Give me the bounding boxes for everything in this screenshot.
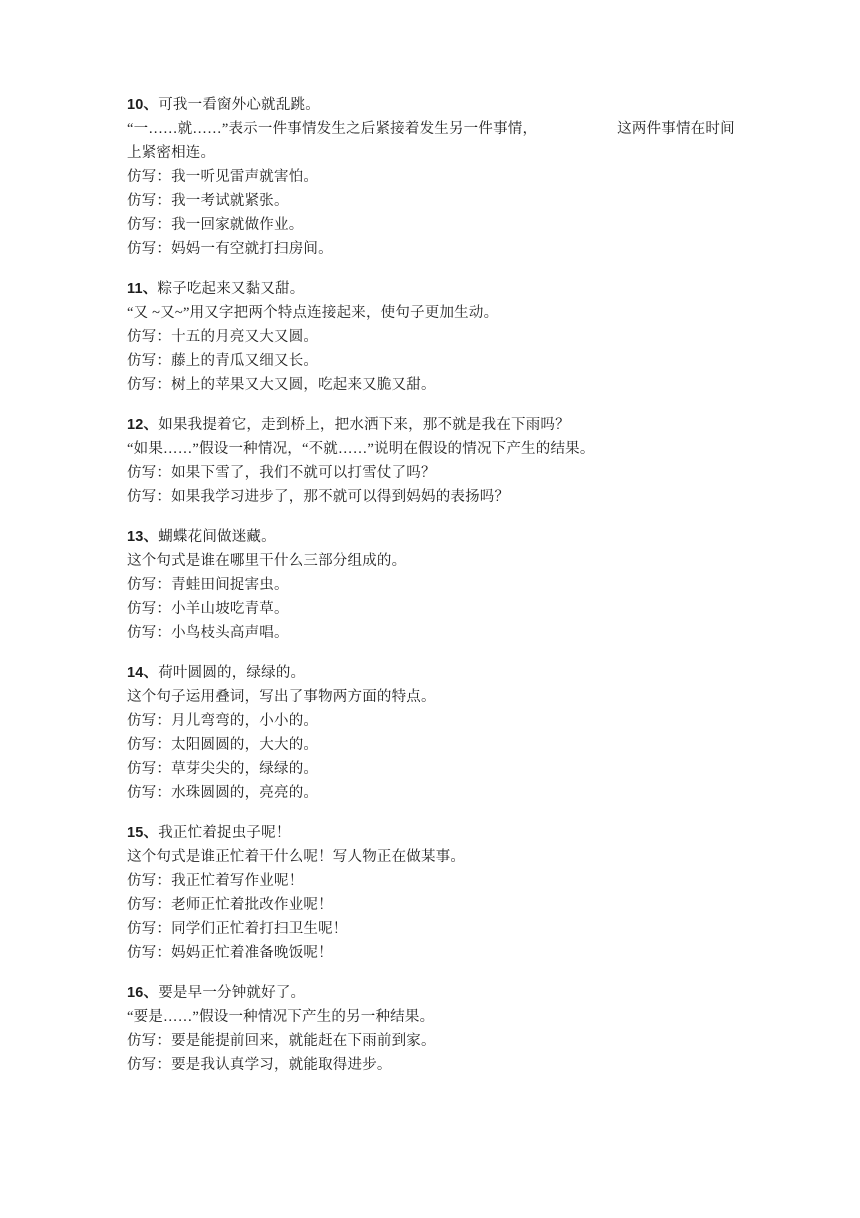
explanation-line: “一……就……”表示一件事情发生之后紧接着发生另一件事情，这两件事情在时间 — [127, 117, 752, 141]
imitation-line: 仿写：青蛙田间捉害虫。 — [127, 573, 752, 597]
worksheet-body: 10、可我一看窗外心就乱跳。 “一……就……”表示一件事情发生之后紧接着发生另一… — [127, 93, 752, 1093]
imitation-line: 仿写：太阳圆圆的，大大的。 — [127, 733, 752, 757]
imitation-line: 仿写：妈妈正忙着准备晚饭呢！ — [127, 941, 752, 965]
imitation-line: 仿写：草芽尖尖的，绿绿的。 — [127, 757, 752, 781]
example-sentence: 如果我提着它，走到桥上，把水洒下来，那不就是我在下雨吗？ — [158, 417, 570, 433]
section-number: 15、 — [127, 825, 158, 841]
imitation-line: 仿写：藤上的青瓜又细又长。 — [127, 349, 752, 373]
explanation-line: 这个句子运用叠词，写出了事物两方面的特点。 — [127, 685, 752, 709]
imitation-line: 仿写：妈妈一有空就打扫房间。 — [127, 237, 752, 261]
explanation-line: “又 ~又~”用又字把两个特点连接起来，使句子更加生动。 — [127, 301, 752, 325]
section-heading: 10、可我一看窗外心就乱跳。 — [127, 93, 752, 117]
section-heading: 16、要是早一分钟就好了。 — [127, 981, 752, 1005]
example-sentence: 我正忙着捉虫子呢！ — [158, 825, 290, 841]
section-12: 12、如果我提着它，走到桥上，把水洒下来，那不就是我在下雨吗？ “如果……”假设… — [127, 413, 752, 509]
imitation-line: 仿写：我一回家就做作业。 — [127, 213, 752, 237]
imitation-line: 仿写：要是能提前回来，就能赶在下雨前到家。 — [127, 1029, 752, 1053]
example-sentence: 要是早一分钟就好了。 — [158, 985, 305, 1001]
section-14: 14、荷叶圆圆的，绿绿的。 这个句子运用叠词，写出了事物两方面的特点。 仿写：月… — [127, 661, 752, 805]
imitation-line: 仿写：我一考试就紧张。 — [127, 189, 752, 213]
example-sentence: 荷叶圆圆的，绿绿的。 — [158, 665, 305, 681]
imitation-line: 仿写：如果我学习进步了，那不就可以得到妈妈的表扬吗？ — [127, 485, 752, 509]
section-11: 11、粽子吃起来又黏又甜。 “又 ~又~”用又字把两个特点连接起来，使句子更加生… — [127, 277, 752, 397]
explanation-line: 上紧密相连。 — [127, 141, 752, 165]
imitation-line: 仿写：我正忙着写作业呢！ — [127, 869, 752, 893]
section-13: 13、蝴蝶花间做迷藏。 这个句式是谁在哪里干什么三部分组成的。 仿写：青蛙田间捉… — [127, 525, 752, 645]
explanation-line: 这个句式是谁在哪里干什么三部分组成的。 — [127, 549, 752, 573]
example-sentence: 粽子吃起来又黏又甜。 — [157, 281, 304, 297]
imitation-line: 仿写：同学们正忙着打扫卫生呢！ — [127, 917, 752, 941]
imitation-line: 仿写：我一听见雷声就害怕。 — [127, 165, 752, 189]
explanation-line: 这个句式是谁正忙着干什么呢！写人物正在做某事。 — [127, 845, 752, 869]
section-heading: 13、蝴蝶花间做迷藏。 — [127, 525, 752, 549]
example-sentence: 可我一看窗外心就乱跳。 — [158, 97, 320, 113]
section-number: 16、 — [127, 985, 158, 1001]
section-heading: 12、如果我提着它，走到桥上，把水洒下来，那不就是我在下雨吗？ — [127, 413, 752, 437]
document-page: { "page": { "background_color": "#ffffff… — [0, 0, 860, 1218]
section-number: 13、 — [127, 529, 158, 545]
imitation-line: 仿写：水珠圆圆的，亮亮的。 — [127, 781, 752, 805]
imitation-line: 仿写：十五的月亮又大又圆。 — [127, 325, 752, 349]
imitation-line: 仿写：如果下雪了，我们不就可以打雪仗了吗？ — [127, 461, 752, 485]
section-10: 10、可我一看窗外心就乱跳。 “一……就……”表示一件事情发生之后紧接着发生另一… — [127, 93, 752, 261]
explanation-line: “要是……”假设一种情况下产生的另一种结果。 — [127, 1005, 752, 1029]
section-heading: 11、粽子吃起来又黏又甜。 — [127, 277, 752, 301]
imitation-line: 仿写：树上的苹果又大又圆，吃起来又脆又甜。 — [127, 373, 752, 397]
explanation-line: “如果……”假设一种情况，“不就……”说明在假设的情况下产生的结果。 — [127, 437, 752, 461]
section-number: 12、 — [127, 417, 158, 433]
section-number: 11、 — [127, 281, 157, 297]
imitation-line: 仿写：小羊山坡吃青草。 — [127, 597, 752, 621]
imitation-line: 仿写：小鸟枝头高声唱。 — [127, 621, 752, 645]
imitation-line: 仿写：老师正忙着批改作业呢！ — [127, 893, 752, 917]
imitation-line: 仿写：月儿弯弯的，小小的。 — [127, 709, 752, 733]
section-heading: 15、我正忙着捉虫子呢！ — [127, 821, 752, 845]
section-heading: 14、荷叶圆圆的，绿绿的。 — [127, 661, 752, 685]
section-number: 14、 — [127, 665, 158, 681]
inline-gap — [537, 132, 617, 133]
explanation-part1: “一……就……”表示一件事情发生之后紧接着发生另一件事情， — [127, 121, 537, 137]
imitation-line: 仿写：要是我认真学习，就能取得进步。 — [127, 1053, 752, 1077]
explanation-part2: 这两件事情在时间 — [617, 121, 735, 137]
section-16: 16、要是早一分钟就好了。 “要是……”假设一种情况下产生的另一种结果。 仿写：… — [127, 981, 752, 1077]
section-15: 15、我正忙着捉虫子呢！ 这个句式是谁正忙着干什么呢！写人物正在做某事。 仿写：… — [127, 821, 752, 965]
section-number: 10、 — [127, 97, 158, 113]
example-sentence: 蝴蝶花间做迷藏。 — [158, 529, 276, 545]
